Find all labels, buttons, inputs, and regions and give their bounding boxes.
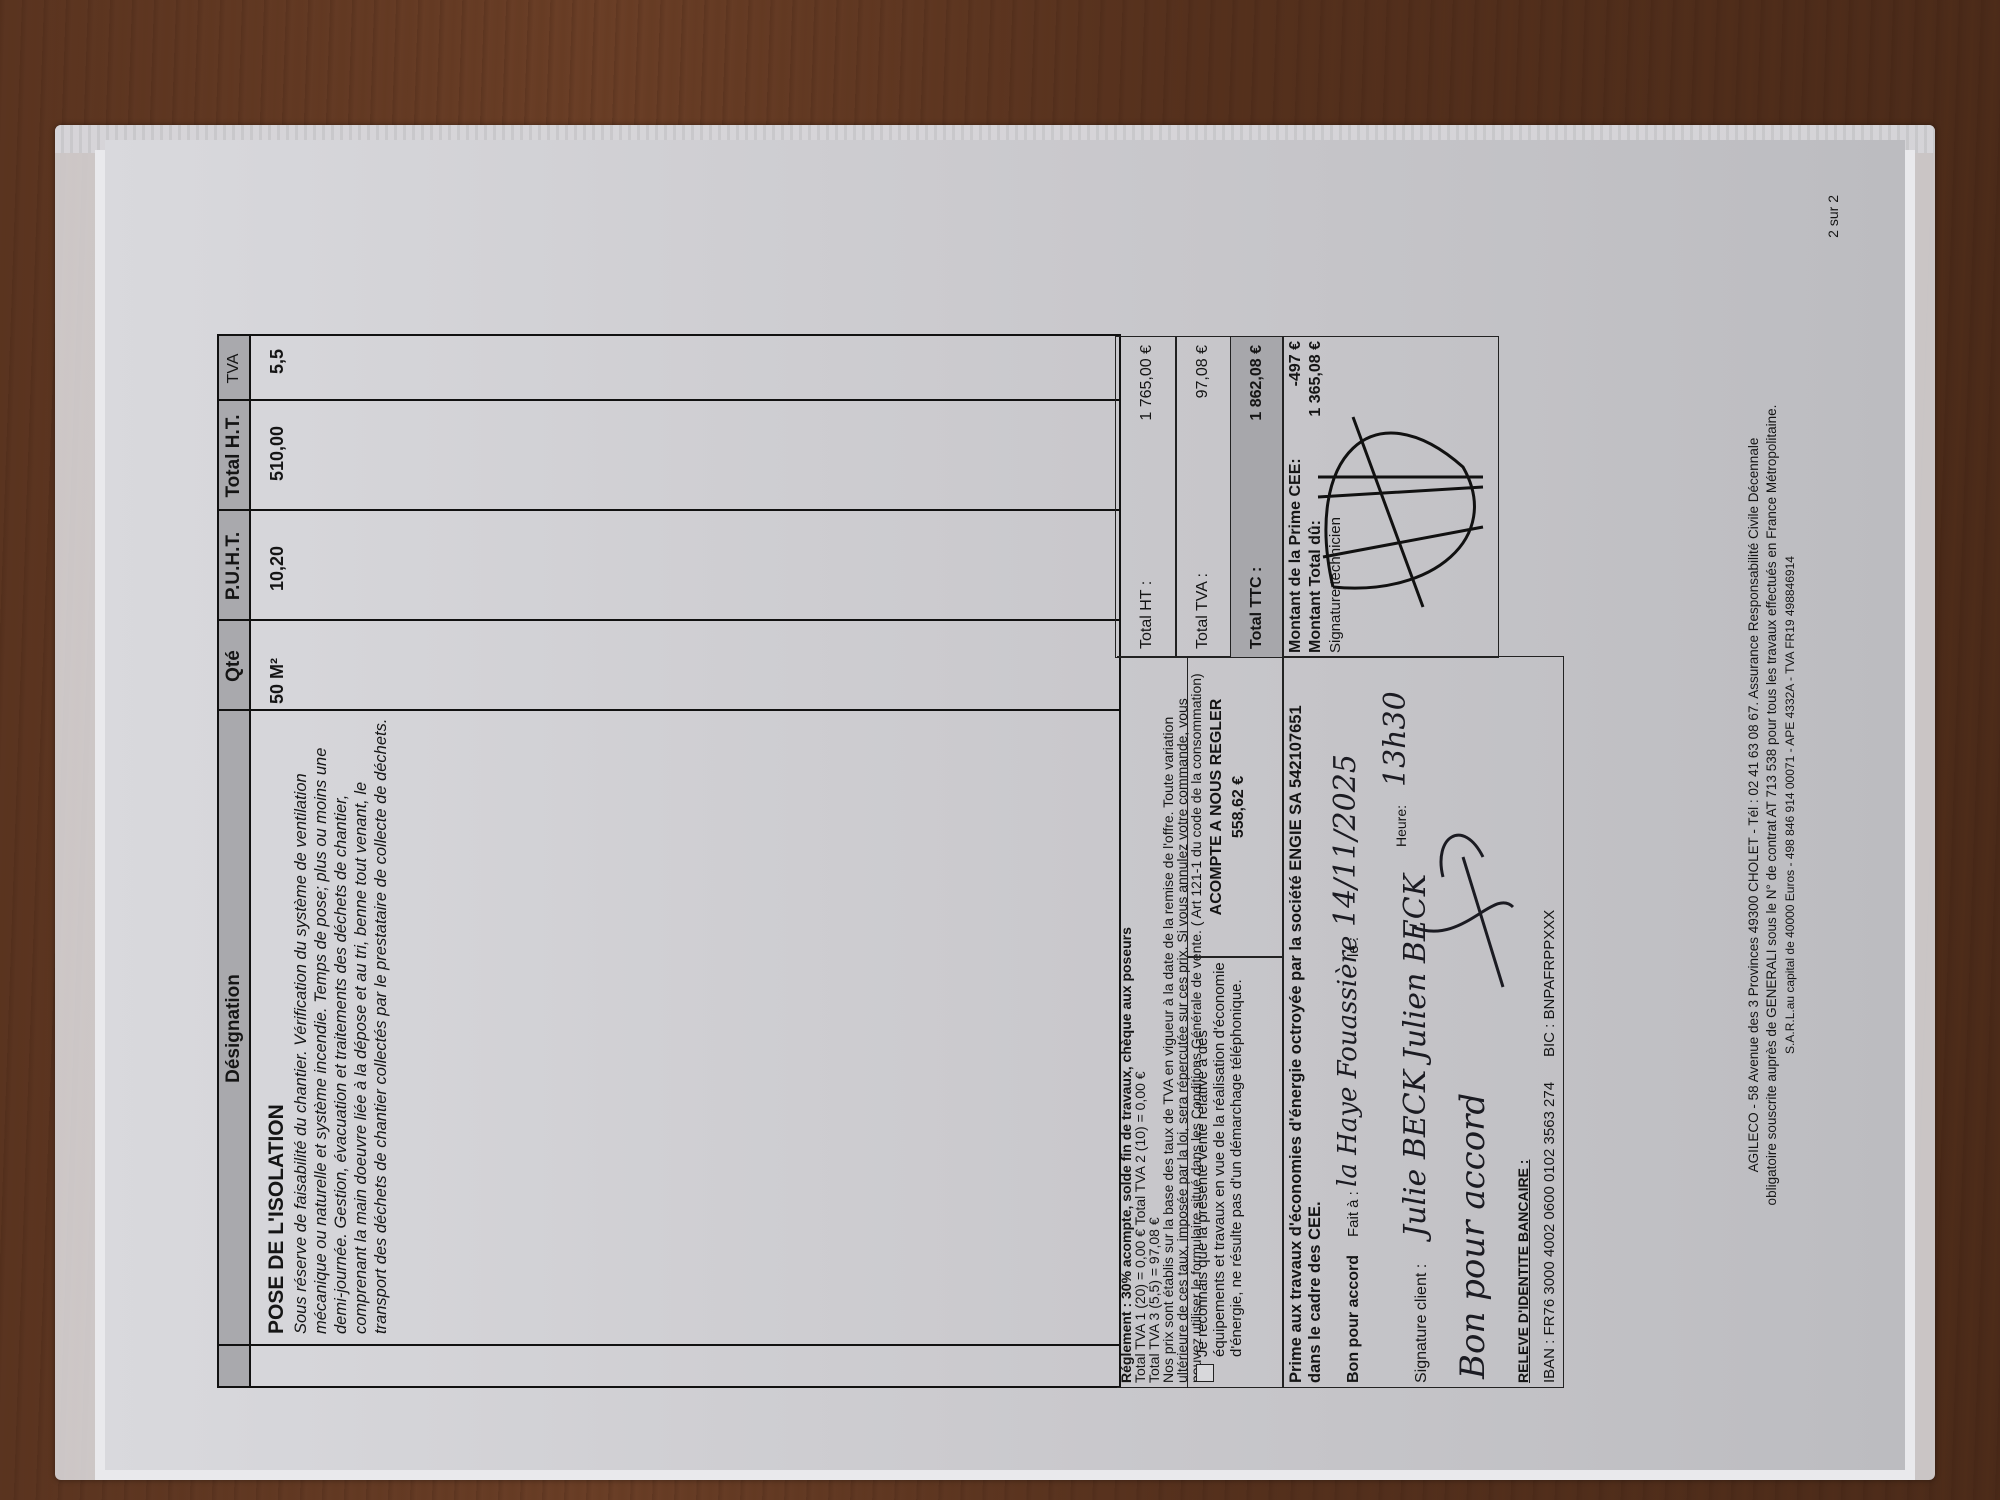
item-description: Sous réserve de faisabilité du chantier.… [291,714,391,1334]
prime-amount-value: -497 € [1287,341,1304,386]
payment-terms-box: Réglement : 30% acompte, solde fin de tr… [1117,656,1188,1388]
item-unit-price: 10,20 [267,546,288,591]
signature-client-label: Signature client : [1413,1264,1430,1383]
items-table: Désignation Qté P.U.H.T. Total H.T. TVA … [217,334,1121,1388]
total-ht-row: Total HT : 1 765,00 € [1115,336,1177,658]
column-divider [219,509,1119,511]
declaration-checkbox[interactable] [1196,1364,1214,1382]
header-qty: Qté [219,621,249,711]
le-label: le : [1345,937,1362,957]
heure-handwritten: 13h30 [1378,691,1413,787]
total-ttc-label: Total TTC : [1248,567,1265,649]
total-ttc-row: Total TTC : 1 862,08 € [1230,336,1284,658]
total-tva-value: 97,08 € [1194,345,1211,398]
column-divider [219,709,1119,711]
bon-pour-accord-handwritten: Bon pour accord [1453,1093,1493,1379]
header-unit-price: P.U.H.T. [219,511,249,621]
item-qty: 50 M² [267,658,288,704]
invoice-page: Désignation Qté P.U.H.T. Total H.T. TVA … [105,140,1905,1470]
rib-title: RELEVE D'IDENTITE BANCAIRE : [1515,1160,1532,1383]
footer-line-1: AGILECO - 58 Avenue des 3 Provinces 4930… [1745,140,1763,1470]
acompte-value: 558,62 € [1230,657,1247,957]
item-title: POSE DE L'ISOLATION [265,1104,289,1334]
bic: BIC : BNPAFRPPXXX [1541,910,1558,1057]
footer-line-3: S.A.R.L.au capital de 40000 Euros - 498 … [1781,140,1799,1470]
total-ht-label: Total HT : [1138,581,1155,649]
total-ttc-value: 1 862,08 € [1248,345,1265,421]
column-divider [219,619,1119,621]
fait-a-label: Fait à : [1345,1191,1362,1237]
technician-signature [1313,387,1488,617]
client-signature [1403,807,1523,1007]
total-tva-row: Total TVA : 97,08 € [1175,336,1232,658]
column-divider [219,1344,1119,1346]
prime-cee-text: Prime aux travaux d'économies d'énergie … [1287,663,1325,1383]
bon-pour-accord-label: Bon pour accord [1345,1255,1362,1383]
acompte-label: ACOMPTE A NOUS REGLER [1208,657,1225,957]
header-tva: TVA [219,336,249,401]
item-tva: 5,5 [267,349,288,374]
acompte-box: ACOMPTE A NOUS REGLER 558,62 € [1187,656,1284,958]
header-designation: Désignation [219,711,249,1346]
company-footer: AGILECO - 58 Avenue des 3 Provinces 4930… [1745,140,1799,1470]
declaration-text: Je reconnais que la présente vente relat… [1194,962,1245,1357]
cee-amounts-box: Montant de la Prime CEE: -497 € Montant … [1282,336,1499,658]
iban: IBAN : FR76 3000 4002 0600 0102 3563 274 [1541,1082,1558,1383]
header-total-ht: Total H.T. [219,401,249,511]
prime-cee-box: Prime aux travaux d'économies d'énergie … [1282,656,1564,1388]
declaration-box: Je reconnais que la présente vente relat… [1187,956,1284,1388]
column-divider [219,399,1119,401]
fait-a-handwritten: la Haye Fouassière [1333,936,1363,1187]
page-number: 2 sur 2 [1825,195,1841,238]
total-ht-value: 1 765,00 € [1138,345,1155,421]
prime-amount-label: Montant de la Prime CEE: [1287,458,1304,653]
total-tva-label: Total TVA : [1194,573,1211,649]
item-total-ht: 510,00 [267,426,288,481]
date-handwritten: 14/11/2025 [1328,754,1363,927]
footer-line-2: obligatoire souscrite auprès de GENERALI… [1763,140,1781,1470]
payment-section: Réglement : 30% acompte, solde fin de tr… [1117,338,1677,1388]
